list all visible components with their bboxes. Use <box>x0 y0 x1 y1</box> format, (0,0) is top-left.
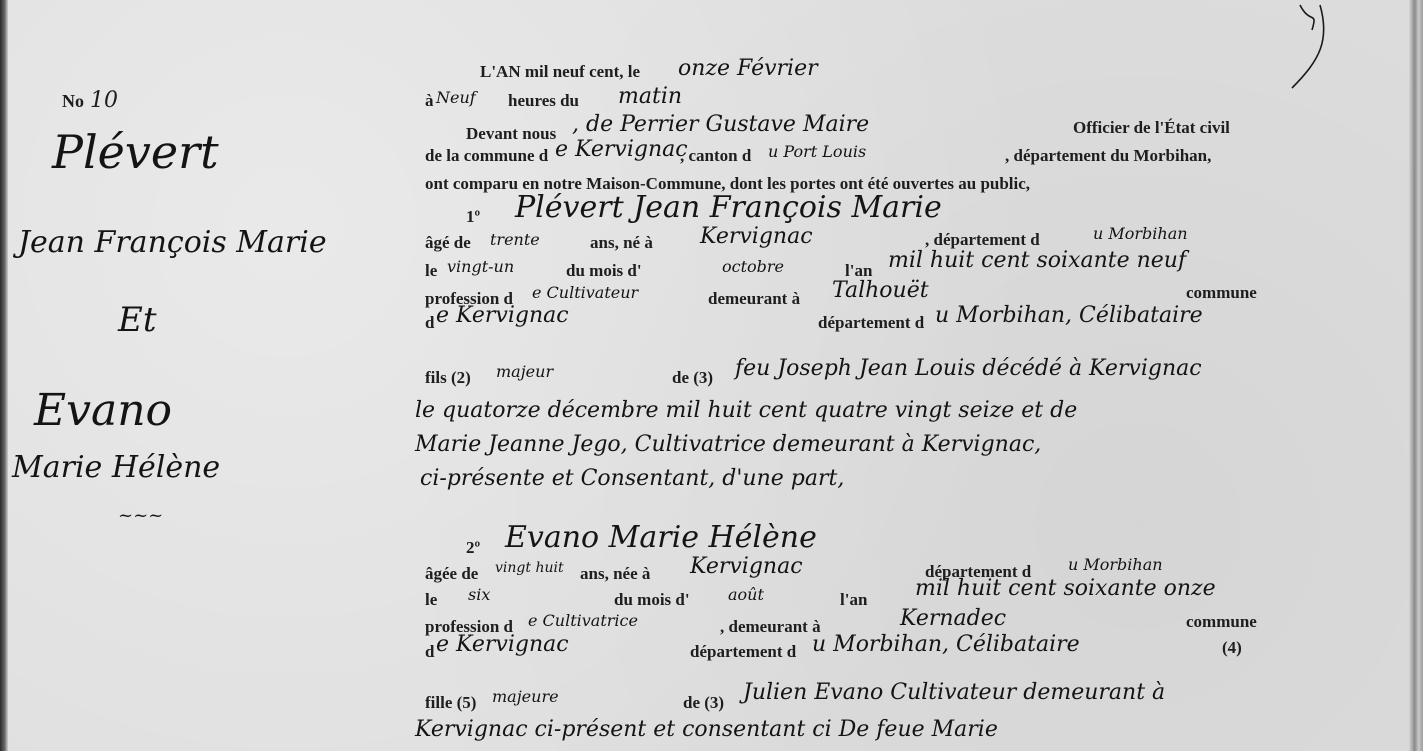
bride-residing-label: , demeurant à <box>720 617 821 637</box>
bride-note4: (4) <box>1222 638 1242 658</box>
bride-profession: e Cultivatrice <box>528 611 638 630</box>
header-line3-a: Devant nous <box>466 124 556 144</box>
groom-year: mil huit cent soixante neuf <box>888 248 1186 273</box>
groom-commune-label: commune <box>1186 283 1257 303</box>
header-time-hand: matin <box>618 84 682 109</box>
margin-groom-given-names: Jean François Marie <box>18 225 327 260</box>
header-line4-a: de la commune d <box>425 146 548 166</box>
groom-son-label: fils (2) <box>425 368 471 388</box>
bride-daughter-label: fille (5) <box>425 693 476 713</box>
bride-index: 2º <box>466 538 480 558</box>
page-binding-edge-left <box>0 0 8 751</box>
margin-conjunction: Et <box>118 300 156 340</box>
groom-born-label: ans, né à <box>590 233 653 253</box>
header-commune-hand: e Kervignac <box>555 137 688 162</box>
bride-birthplace: Kervignac <box>690 554 803 579</box>
bride-year: mil huit cent soixante onze <box>915 576 1216 601</box>
header-date-hand: onze Février <box>678 56 818 81</box>
bride-parents-line1: Julien Evano Cultivateur demeurant à <box>743 680 1165 705</box>
header-line4-c: , département du Morbihan, <box>1005 146 1211 166</box>
groom-residence: Talhouët <box>832 278 929 303</box>
header-officer-hand: , de Perrier Gustave Maire <box>572 112 869 137</box>
bride-dept2-label: département d <box>690 642 796 662</box>
bride-commune-label: commune <box>1186 612 1257 632</box>
groom-dept2: u Morbihan, Célibataire <box>935 303 1203 328</box>
groom-parents-line2: le quatorze décembre mil huit cent quatr… <box>415 398 1077 423</box>
groom-parents-line4: ci-présente et Consentant, d'une part, <box>420 466 844 491</box>
bride-full-name: Evano Marie Hélène <box>505 520 817 555</box>
act-number-value: 10 <box>90 88 118 113</box>
groom-full-name: Plévert Jean François Marie <box>515 190 942 225</box>
groom-commune-prefix: d <box>425 313 434 333</box>
bride-commune: e Kervignac <box>436 632 569 657</box>
act-number: No10 <box>62 88 118 113</box>
groom-day: vingt-un <box>447 257 514 276</box>
groom-parents-line3: Marie Jeanne Jego, Cultivatrice demeuran… <box>415 432 1041 457</box>
groom-dept-label: , département d <box>925 230 1040 250</box>
act-number-label: No <box>62 91 84 111</box>
bride-age: vingt huit <box>495 560 564 576</box>
header-line1-print: L'AN mil neuf cent, le <box>480 62 640 82</box>
page-binding-edge-right <box>1409 0 1423 751</box>
bride-dept2: u Morbihan, Célibataire <box>812 632 1080 657</box>
header-line2-a: à <box>425 91 434 111</box>
bride-month-label: du mois d' <box>614 590 690 610</box>
header-line4-b: , canton d <box>680 146 751 166</box>
bride-age-label: âgée de <box>425 564 478 584</box>
groom-residing-label: demeurant à <box>708 289 800 309</box>
bride-commune-prefix: d <box>425 642 434 662</box>
groom-status: majeur <box>496 362 553 381</box>
bride-of-label: de (3) <box>683 693 724 713</box>
groom-month-label: du mois d' <box>566 261 642 281</box>
groom-birthplace: Kervignac <box>700 224 813 249</box>
margin-groom-surname: Plévert <box>52 125 219 179</box>
bride-born-label: ans, née à <box>580 564 650 584</box>
groom-dept2-label: département d <box>818 313 924 333</box>
header-line2-b: heures du <box>508 91 579 111</box>
groom-day-label: le <box>425 261 437 281</box>
groom-age-label: âgé de <box>425 233 471 253</box>
groom-month: octobre <box>722 257 784 276</box>
bride-residence: Kernadec <box>900 606 1006 631</box>
bride-day-label: le <box>425 590 437 610</box>
margin-bride-surname: Evano <box>34 385 172 436</box>
groom-index: 1º <box>466 207 480 227</box>
bride-day: six <box>468 585 490 604</box>
bride-year-label: l'an <box>840 590 867 610</box>
bride-parents-line2: Kervignac ci-présent et consentant ci De… <box>415 717 998 742</box>
groom-dept: u Morbihan <box>1093 224 1188 243</box>
header-hour-hand: Neuf <box>436 88 476 107</box>
bride-status: majeure <box>492 687 559 706</box>
margin-bride-given-names: Marie Hélène <box>12 450 220 485</box>
bride-dept: u Morbihan <box>1068 555 1163 574</box>
groom-age: trente <box>490 230 540 249</box>
groom-parents-line1: feu Joseph Jean Louis décédé à Kervignac <box>735 356 1202 381</box>
header-line3-b: Officier de l'État civil <box>1073 118 1230 138</box>
groom-profession: e Cultivateur <box>532 283 638 302</box>
header-canton-hand: u Port Louis <box>768 142 866 161</box>
signature-flourish-icon <box>1290 0 1350 90</box>
margin-flourish: ~~~ <box>118 505 163 526</box>
bride-month: août <box>728 585 764 604</box>
groom-of-label: de (3) <box>672 368 713 388</box>
groom-commune: e Kervignac <box>436 303 569 328</box>
